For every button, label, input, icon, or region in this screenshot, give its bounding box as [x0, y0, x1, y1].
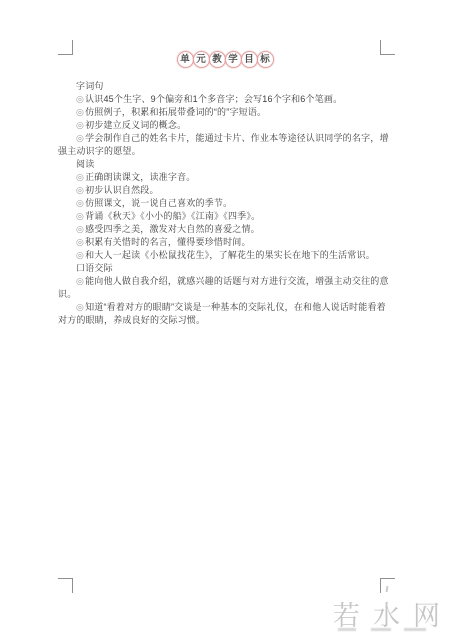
- objective-text: 认识45个生字、9个偏旁和1个多音字；会写16个字和6个笔画。: [85, 94, 342, 104]
- objective-text: 仿照课文，说一说自己喜欢的季节。: [85, 198, 232, 208]
- title-char-bubble: 目: [241, 51, 258, 68]
- objective-item: ◎仿照例子，积累和拓展带叠词的“的”字短语。: [58, 106, 391, 119]
- watermark-subtext-mark: [338, 628, 356, 631]
- bullet-icon: ◎: [76, 107, 84, 117]
- title-char-bubble: 标: [257, 51, 274, 68]
- objective-text: 初步认识自然段。: [85, 185, 159, 195]
- bullet-icon: ◎: [76, 185, 84, 195]
- objective-text: 正确朗读课文，读准字音。: [85, 172, 195, 182]
- title-char-bubble: 元: [193, 51, 210, 68]
- objective-item: ◎认识45个生字、9个偏旁和1个多音字；会写16个字和6个笔画。: [58, 93, 391, 106]
- objective-text: 背诵《秋天》《小小的船》《江南》《四季》。: [85, 211, 260, 221]
- document-page: 单 元 教 学 目 标 字词句 ◎认识45个生字、9个偏旁和1个多音字；会写16…: [0, 0, 450, 636]
- crop-mark-bottom-left: [58, 578, 73, 593]
- objective-item: ◎背诵《秋天》《小小的船》《江南》《四季》。: [58, 210, 391, 223]
- page-title: 单 元 教 学 目 标: [0, 51, 450, 68]
- objective-item: ◎积累有关惜时的名言，懂得要珍惜时间。: [58, 236, 391, 249]
- bullet-icon: ◎: [76, 237, 84, 247]
- objective-item: ◎学会制作自己的姓名卡片，能通过卡片、作业本等途径认识同学的名字，增强主动识字的…: [58, 132, 391, 158]
- title-char-bubble: 教: [209, 51, 226, 68]
- bullet-icon: ◎: [76, 224, 84, 234]
- objective-text: 仿照例子，积累和拓展带叠词的“的”字短语。: [85, 107, 266, 117]
- objective-text: 积累有关惜时的名言，懂得要珍惜时间。: [85, 237, 251, 247]
- title-char-bubble: 单: [177, 51, 194, 68]
- watermark-subtext-mark: [371, 628, 391, 631]
- bullet-icon: ◎: [76, 172, 84, 182]
- bullet-icon: ◎: [76, 302, 84, 312]
- objective-item: ◎初步建立反义词的概念。: [58, 119, 391, 132]
- objective-item: ◎知道“看着对方的眼睛”交谈是一种基本的交际礼仪，在和他人说话时能看着对方的眼睛…: [58, 301, 391, 327]
- objective-text: 学会制作自己的姓名卡片，能通过卡片、作业本等途径认识同学的名字，增强主动识字的愿…: [58, 133, 389, 156]
- watermark-subtext-mark: [404, 628, 426, 631]
- section-heading-speaking: 口语交际: [58, 262, 391, 275]
- bullet-icon: ◎: [76, 94, 84, 104]
- document-body: 字词句 ◎认识45个生字、9个偏旁和1个多音字；会写16个字和6个笔画。 ◎仿照…: [58, 80, 391, 327]
- bullet-icon: ◎: [76, 211, 84, 221]
- objective-item: ◎能向他人做自我介绍，就感兴趣的话题与对方进行交流，增强主动交往的意识。: [58, 275, 391, 301]
- bullet-icon: ◎: [76, 276, 84, 286]
- objective-text: 初步建立反义词的概念。: [85, 120, 186, 130]
- bullet-icon: ◎: [76, 250, 84, 260]
- bullet-icon: ◎: [76, 120, 84, 130]
- objective-item: ◎初步认识自然段。: [58, 184, 391, 197]
- section-heading-reading: 阅读: [58, 158, 391, 171]
- bullet-icon: ◎: [76, 198, 84, 208]
- objective-item: ◎感受四季之美，激发对大自然的喜爱之情。: [58, 223, 391, 236]
- objective-item: ◎仿照课文，说一说自己喜欢的季节。: [58, 197, 391, 210]
- objective-text: 能向他人做自我介绍，就感兴趣的话题与对方进行交流，增强主动交往的意识。: [58, 276, 389, 299]
- objective-item: ◎正确朗读课文，读准字音。: [58, 171, 391, 184]
- objective-text: 和大人一起读《小松鼠找花生》，了解花生的果实长在地下的生活常识。: [85, 250, 375, 260]
- objective-text: 知道“看着对方的眼睛”交谈是一种基本的交际礼仪，在和他人说话时能看着对方的眼睛，…: [58, 302, 386, 325]
- title-char-bubble: 学: [225, 51, 242, 68]
- bullet-icon: ◎: [76, 133, 84, 143]
- objective-item: ◎和大人一起读《小松鼠找花生》，了解花生的果实长在地下的生活常识。: [58, 249, 391, 262]
- objective-text: 感受四季之美，激发对大自然的喜爱之情。: [85, 224, 260, 234]
- section-heading-words: 字词句: [58, 80, 391, 93]
